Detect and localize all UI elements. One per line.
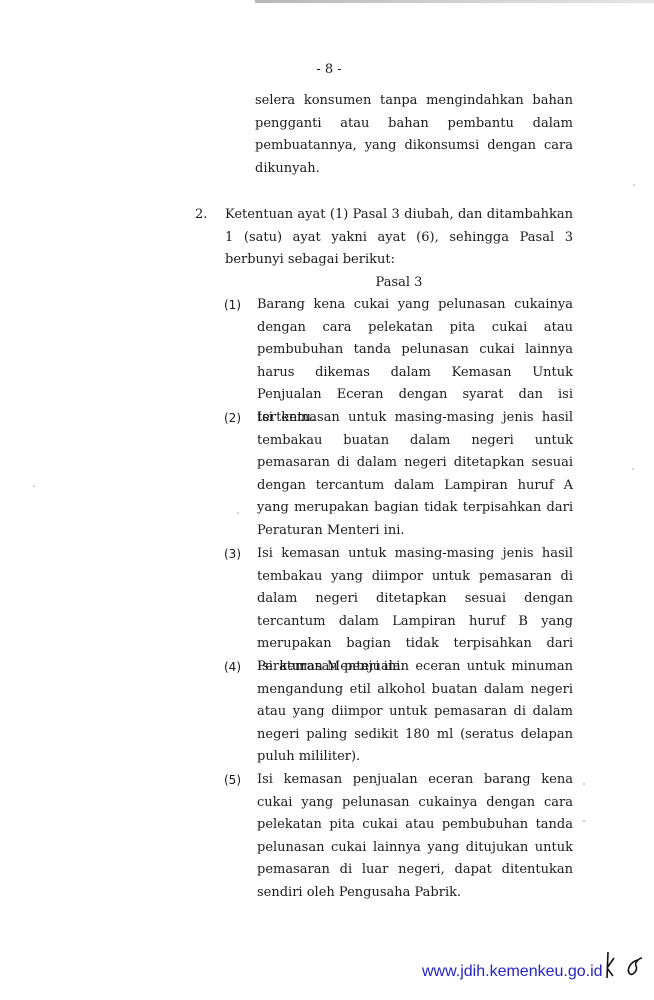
ayat-number-2: (2)	[224, 407, 241, 430]
ayat-text-5: Isi kemasan penjualan eceran barang kena…	[257, 769, 573, 904]
ayat-number-3: (3)	[224, 543, 241, 566]
ayat-number-4: (4)	[224, 656, 241, 679]
item-text: Ketentuan ayat (1) Pasal 3 diubah, dan d…	[225, 204, 573, 272]
scan-speck	[632, 468, 634, 470]
ayat-text-4: Isi kemasan penjualan eceran untuk minum…	[257, 656, 573, 769]
paraf-signature-icon	[600, 948, 650, 983]
scan-speck	[583, 783, 585, 785]
scan-speck	[633, 184, 635, 186]
pasal-heading: Pasal 3	[225, 272, 573, 295]
ayat-number-5: (5)	[224, 769, 241, 792]
scan-speck	[33, 485, 35, 487]
continuation-paragraph: selera konsumen tanpa mengindahkan bahan…	[255, 90, 573, 180]
ayat-text-2: Isi kemasan untuk masing-masing jenis ha…	[257, 407, 573, 542]
scan-speck	[583, 820, 585, 822]
page-number: - 8 -	[0, 62, 654, 77]
item-number: 2.	[195, 204, 207, 227]
scan-edge-line	[255, 0, 654, 3]
footer-website-link[interactable]: www.jdih.kemenkeu.go.id	[422, 963, 603, 981]
scan-speck	[237, 512, 239, 514]
ayat-number-1: (1)	[224, 294, 241, 317]
